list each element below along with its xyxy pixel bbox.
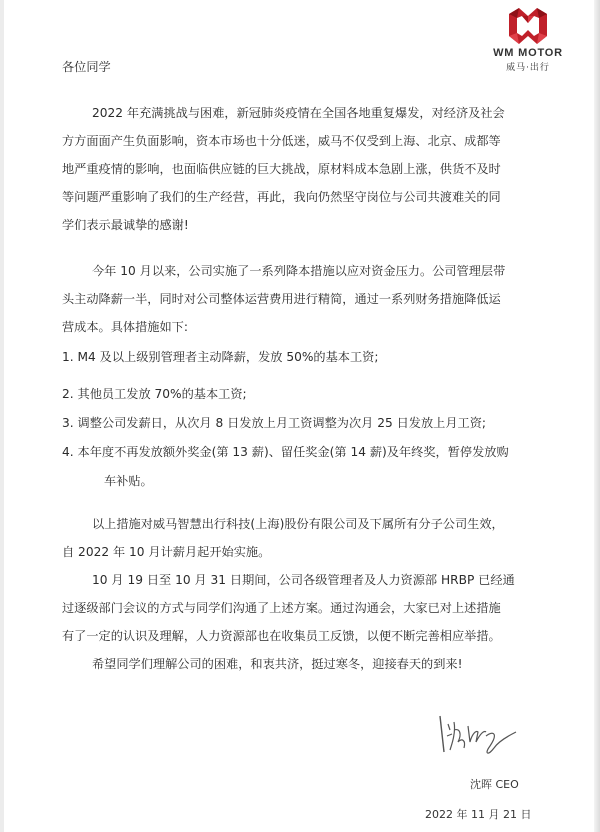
measure-1: 1. M4 及以上级别管理者主动降薪，发放 50%的基本工资; xyxy=(62,348,378,365)
measure-3: 3. 调整公司发薪日，从次月 8 日发放上月工资调整为次月 25 日发放上月工资… xyxy=(62,414,486,431)
measure-4: 4. 本年度不再发放额外奖金(第 13 薪)、留任奖金(第 14 薪)及年终奖，… xyxy=(62,443,509,460)
signature-icon xyxy=(438,712,518,762)
paragraph-2-line-1: 今年 10 月以来，公司实施了一系列降本措施以应对资金压力。公司管理层带 xyxy=(92,262,505,279)
letter-date: 2022 年 11 月 21 日 xyxy=(425,806,531,822)
wm-logo-icon xyxy=(505,6,551,46)
paragraph-1-line-4: 等问题严重影响了我们的生产经营，再此，我向仍然坚守岗位与公司共渡难关的同 xyxy=(62,188,501,205)
paragraph-2-line-3: 营成本。具体措施如下: xyxy=(62,318,188,335)
measure-4-continued: 车补贴。 xyxy=(104,472,153,489)
paragraph-1-line-1: 2022 年充满挑战与困难，新冠肺炎疫情在全国各地重复爆发，对经济及社会 xyxy=(92,104,505,121)
measure-2: 2. 其他员工发放 70%的基本工资; xyxy=(62,385,247,402)
brand-tagline: 威马·出行 xyxy=(478,60,578,73)
paragraph-4-line-3: 有了一定的认识及理解，人力资源部也在收集员工反馈，以便不断完善相应举措。 xyxy=(62,627,501,644)
signer-name: 沈晖 CEO xyxy=(470,776,519,792)
paragraph-3-line-1: 以上措施对威马智慧出行科技(上海)股份有限公司及下属所有分子公司生效， xyxy=(92,515,504,532)
page-edge-left xyxy=(0,0,4,832)
paragraph-1-line-5: 学们表示最诚挚的感谢! xyxy=(62,216,189,233)
paragraph-3-line-2: 自 2022 年 10 月计薪月起开始实施。 xyxy=(62,543,270,560)
paragraph-2-line-2: 头主动降薪一半，同时对公司整体运营费用进行精简，通过一系列财务措施降低运 xyxy=(62,290,501,307)
greeting: 各位同学 xyxy=(62,58,111,75)
paragraph-5-line-1: 希望同学们理解公司的困难，和衷共济，挺过寒冬，迎接春天的到来! xyxy=(92,655,463,672)
paragraph-1-line-2: 方方面面产生负面影响，资本市场也十分低迷，威马不仅受到上海、北京、成都等 xyxy=(62,132,501,149)
paragraph-4-line-2: 过逐级部门会议的方式与同学们沟通了上述方案。通过沟通会，大家已对上述措施 xyxy=(62,599,501,616)
paragraph-4-line-1: 10 月 19 日至 10 月 31 日期间，公司各级管理者及人力资源部 HRB… xyxy=(92,571,515,588)
brand-name: WM MOTOR xyxy=(478,47,578,59)
wm-motor-logo: WM MOTOR 威马·出行 xyxy=(478,6,578,73)
page-edge-right xyxy=(594,0,600,832)
paragraph-1-line-3: 地严重疫情的影响，也面临供应链的巨大挑战，原材料成本急剧上涨，供货不及时 xyxy=(62,160,501,177)
